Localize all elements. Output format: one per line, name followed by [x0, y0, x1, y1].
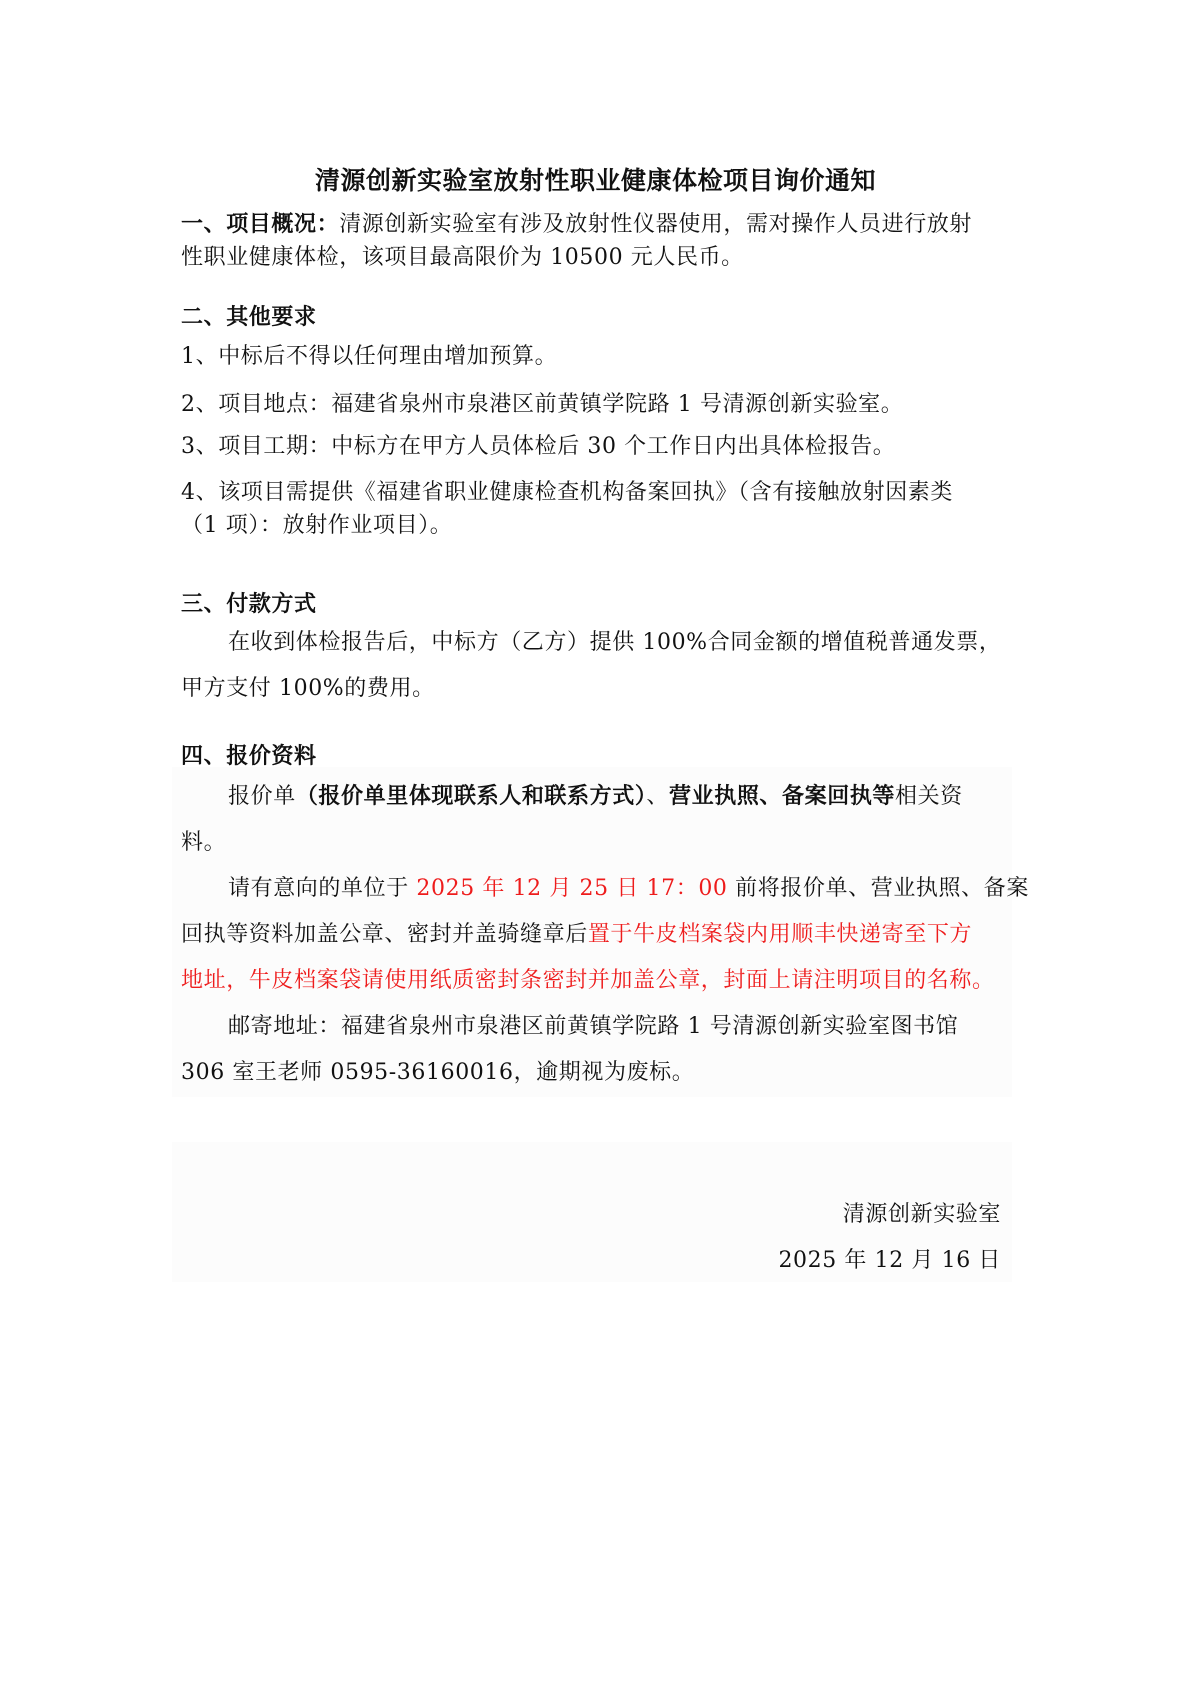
- text-run: 报价单: [228, 784, 296, 809]
- payment-line2: 甲方支付 100%的费用。: [181, 674, 435, 704]
- bold-run: （报价单里体现联系人和联系方式）: [296, 784, 647, 809]
- section1-heading: 一、项目概况：: [181, 212, 339, 237]
- section2-heading: 二、其他要求: [181, 303, 317, 333]
- text-run: 前将报价单、营业执照、备案: [735, 876, 1029, 901]
- requirement-item-1: 1、中标后不得以任何理由增加预算。: [181, 342, 557, 372]
- signature-date: 2025 年 12 月 16 日: [778, 1246, 1001, 1276]
- section1-line1: 一、项目概况：清源创新实验室有涉及放射性仪器使用，需对操作人员进行放射: [181, 210, 972, 240]
- requirement-item-2: 2、项目地点：福建省泉州市泉港区前黄镇学院路 1 号清源创新实验室。: [181, 390, 903, 420]
- text-run: 请有意向的单位于: [228, 876, 409, 901]
- requirement-item-4: 4、该项目需提供《福建省职业健康检查机构备案回执》（含有接触放射因素类: [181, 478, 953, 508]
- submission-line3: 地址，牛皮档案袋请使用纸质密封条密封并加盖公章，封面上请注明项目的名称。: [181, 966, 995, 996]
- text-run: 相关资: [895, 784, 963, 809]
- deadline: 2025 年 12 月 25 日 17：00: [416, 876, 727, 901]
- section1-line2: 性职业健康体检，该项目最高限价为 10500 元人民币。: [181, 243, 744, 273]
- red-run: 置于牛皮档案袋内用顺丰快递寄至下方: [588, 922, 972, 947]
- quote-materials-line2: 料。: [181, 828, 226, 858]
- text-run: 回执等资料加盖公章、密封并盖骑缝章后: [181, 922, 588, 947]
- text-run: 、: [646, 784, 669, 809]
- payment-line1: 在收到体检报告后，中标方（乙方）提供 100%合同金额的增值税普通发票，: [228, 628, 1002, 658]
- section3-heading: 三、付款方式: [181, 590, 317, 620]
- mailing-address-line2: 306 室王老师 0595-36160016，逾期视为废标。: [181, 1058, 694, 1088]
- submission-line2: 回执等资料加盖公章、密封并盖骑缝章后置于牛皮档案袋内用顺丰快递寄至下方: [181, 920, 972, 950]
- section1-text: 清源创新实验室有涉及放射性仪器使用，需对操作人员进行放射: [339, 212, 972, 237]
- section4-heading: 四、报价资料: [181, 742, 317, 772]
- bold-run: 营业执照、备案回执等: [669, 784, 895, 809]
- quote-materials-line1: 报价单（报价单里体现联系人和联系方式）、营业执照、备案回执等相关资: [228, 782, 963, 812]
- requirement-item-4-cont: （1 项）：放射作业项目）。: [181, 511, 452, 541]
- page-title: 清源创新实验室放射性职业健康体检项目询价通知: [0, 161, 1191, 197]
- requirement-item-3: 3、项目工期：中标方在甲方人员体检后 30 个工作日内出具体检报告。: [181, 432, 895, 462]
- submission-line1: 请有意向的单位于 2025 年 12 月 25 日 17：00 前将报价单、营业…: [228, 874, 1029, 904]
- signature-org: 清源创新实验室: [843, 1200, 1001, 1230]
- document-page: 清源创新实验室放射性职业健康体检项目询价通知 一、项目概况：清源创新实验室有涉及…: [0, 0, 1191, 1684]
- mailing-address-line1: 邮寄地址：福建省泉州市泉港区前黄镇学院路 1 号清源创新实验室图书馆: [228, 1012, 958, 1042]
